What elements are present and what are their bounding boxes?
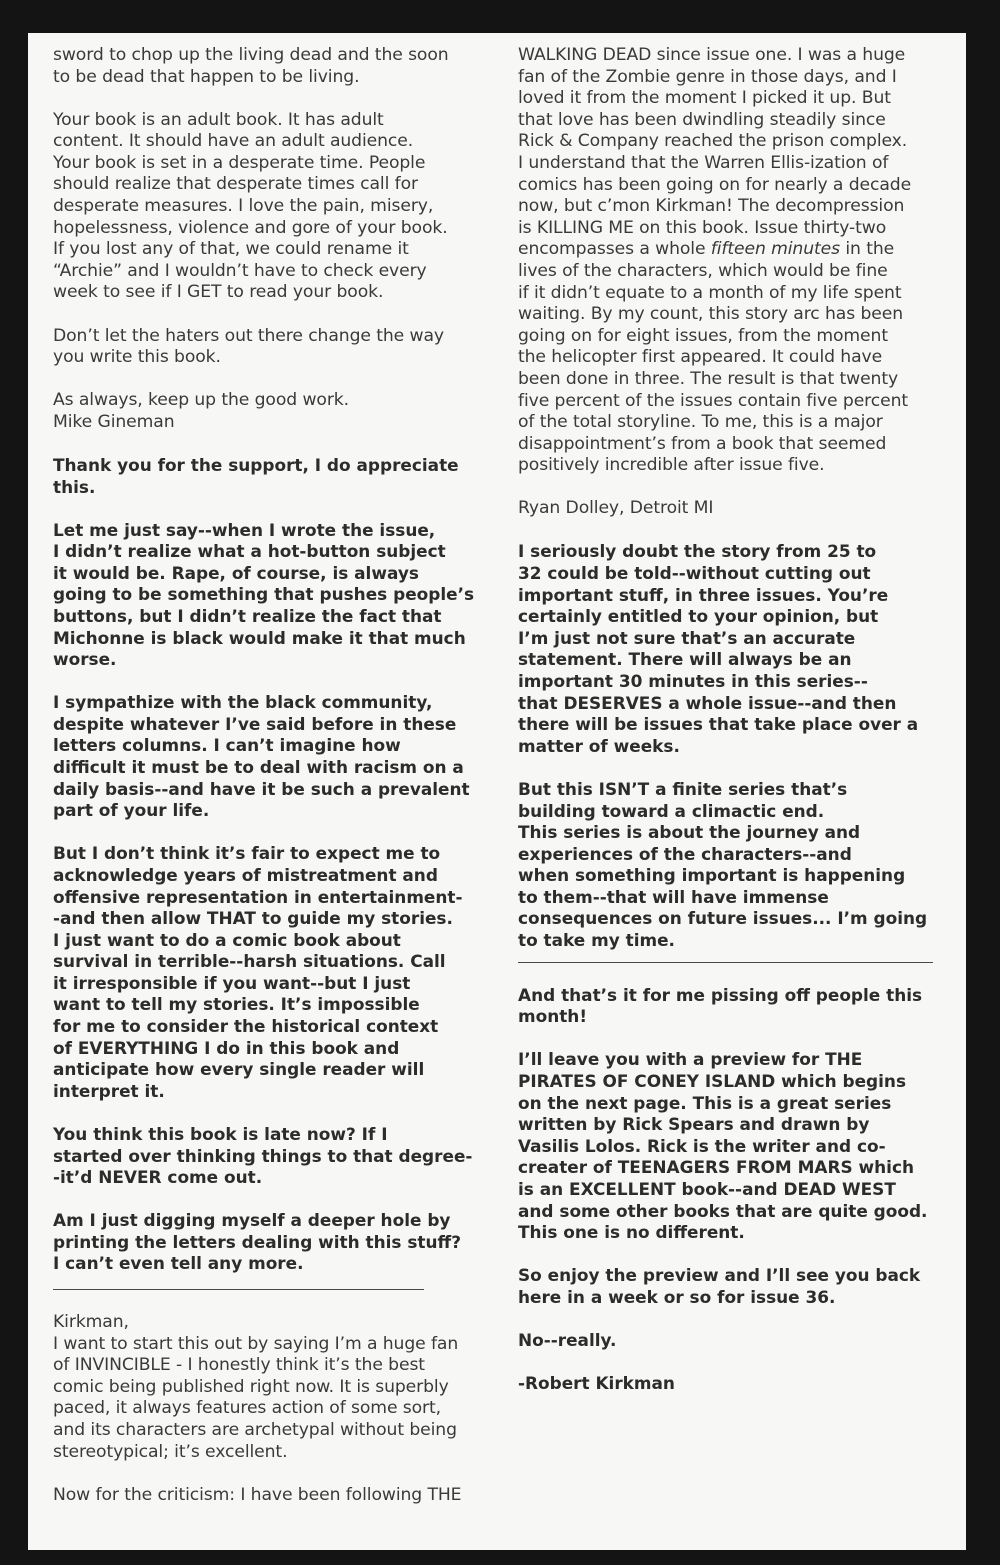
text-line: of the total storyline. To me, this is a… xyxy=(518,412,948,434)
text-line: been done in three. The result is that t… xyxy=(518,369,948,391)
text-line: printing the letters dealing with this s… xyxy=(53,1232,503,1254)
text-line: Your book is an adult book. It has adult xyxy=(53,110,503,132)
text-line: As always, keep up the good work. xyxy=(53,390,503,412)
text-line: started over thinking things to that deg… xyxy=(53,1146,503,1168)
text-line: Thank you for the support, I do apprecia… xyxy=(53,455,503,477)
text-line: five percent of the issues contain five … xyxy=(518,391,948,413)
text-line: disappointment’s from a book that seemed xyxy=(518,434,948,456)
text-line: statement. There will always be an xyxy=(518,649,948,671)
text-line: waiting. By my count, this story arc has… xyxy=(518,304,948,326)
text-line: Vasilis Lolos. Rick is the writer and co… xyxy=(518,1136,948,1158)
text-line: is an EXCELLENT book--and DEAD WEST xyxy=(518,1179,948,1201)
letter-paragraph: sword to chop up the living dead and the… xyxy=(53,45,503,88)
text-line: part of your life. xyxy=(53,800,503,822)
text-line: Don’t let the haters out there change th… xyxy=(53,326,503,348)
text-line: If you lost any of that, we could rename… xyxy=(53,239,503,261)
text-line: on the next page. This is a great series xyxy=(518,1093,948,1115)
editor-response: Thank you for the support, I do apprecia… xyxy=(53,455,503,498)
text-line: to them--that will have immense xyxy=(518,887,948,909)
author-signature: -Robert Kirkman xyxy=(518,1373,948,1395)
text-line: “Archie” and I wouldn’t have to check ev… xyxy=(53,261,503,283)
text-line: anticipate how every single reader will xyxy=(53,1059,503,1081)
text-line: letters columns. I can’t imagine how xyxy=(53,735,503,757)
text-line: encompasses a whole fifteen minutes in t… xyxy=(518,239,948,261)
text-line: I didn’t realize what a hot-button subje… xyxy=(53,541,503,563)
section-divider xyxy=(518,962,933,963)
letter-paragraph: Don’t let the haters out there change th… xyxy=(53,326,503,369)
editor-closing: I’ll leave you with a preview for THE PI… xyxy=(518,1049,948,1243)
text-line: creater of TEENAGERS FROM MARS which xyxy=(518,1157,948,1179)
editor-signature: -Robert Kirkman xyxy=(518,1373,948,1395)
text-line: I seriously doubt the story from 25 to xyxy=(518,541,948,563)
text-line: I’m just not sure that’s an accurate xyxy=(518,628,948,650)
text-line: now, but c’mon Kirkman! The decompressio… xyxy=(518,196,948,218)
text-line: when something important is happening xyxy=(518,865,948,887)
text-line: you write this book. xyxy=(53,347,503,369)
text-line: and some other books that are quite good… xyxy=(518,1201,948,1223)
text-line: I sympathize with the black community, xyxy=(53,692,503,714)
text-line: consequences on future issues... I’m goi… xyxy=(518,908,948,930)
text-line: important 30 minutes in this series-- xyxy=(518,671,948,693)
text-line: content. It should have an adult audienc… xyxy=(53,131,503,153)
text-line: is KILLING ME on this book. Issue thirty… xyxy=(518,218,948,240)
text-line: PIRATES OF CONEY ISLAND which begins xyxy=(518,1071,948,1093)
text-line: This one is no different. xyxy=(518,1222,948,1244)
text-line: I can’t even tell any more. xyxy=(53,1253,503,1275)
text-line: of EVERYTHING I do in this book and xyxy=(53,1038,503,1060)
text-line: I want to start this out by saying I’m a… xyxy=(53,1334,503,1356)
section-divider xyxy=(53,1289,424,1290)
editor-closing: No--really. xyxy=(518,1330,948,1352)
editor-response: I seriously doubt the story from 25 to 3… xyxy=(518,541,948,757)
text-line: to take my time. xyxy=(518,930,948,952)
editor-response: I sympathize with the black community, d… xyxy=(53,692,503,822)
text-line: sword to chop up the living dead and the… xyxy=(53,45,503,67)
editor-response: Am I just digging myself a deeper hole b… xyxy=(53,1210,503,1275)
text-line: despite whatever I’ve said before in the… xyxy=(53,714,503,736)
text-line: fan of the Zombie genre in those days, a… xyxy=(518,67,948,89)
text-line: going on for eight issues, from the mome… xyxy=(518,326,948,348)
editor-response: You think this book is late now? If I st… xyxy=(53,1124,503,1189)
text-line: Now for the criticism: I have been follo… xyxy=(53,1485,503,1507)
text-line: it irresponsible if you want--but I just xyxy=(53,973,503,995)
text-line: Rick & Company reached the prison comple… xyxy=(518,131,948,153)
text-line: desperate measures. I love the pain, mis… xyxy=(53,196,503,218)
text-line: this. xyxy=(53,477,503,499)
text-line: -and then allow THAT to guide my stories… xyxy=(53,908,503,930)
left-column: sword to chop up the living dead and the… xyxy=(53,45,503,1528)
text-line: to be dead that happen to be living. xyxy=(53,67,503,89)
text-line: of INVINCIBLE - I honestly think it’s th… xyxy=(53,1355,503,1377)
emphasis-text: fifteen minutes xyxy=(711,239,840,259)
text-line: and its characters are archetypal withou… xyxy=(53,1420,503,1442)
letters-page: sword to chop up the living dead and the… xyxy=(28,33,966,1550)
text-line: written by Rick Spears and drawn by xyxy=(518,1114,948,1136)
text-line: I just want to do a comic book about xyxy=(53,930,503,952)
text-line: I understand that the Warren Ellis-izati… xyxy=(518,153,948,175)
text-line: Let me just say--when I wrote the issue, xyxy=(53,520,503,542)
editor-response: Let me just say--when I wrote the issue,… xyxy=(53,520,503,671)
right-column: WALKING DEAD since issue one. I was a hu… xyxy=(518,45,948,1416)
text-line: I’ll leave you with a preview for THE xyxy=(518,1049,948,1071)
text-line: But this ISN’T a finite series that’s xyxy=(518,779,948,801)
text-line: certainly entitled to your opinion, but xyxy=(518,606,948,628)
text-line: So enjoy the preview and I’ll see you ba… xyxy=(518,1265,948,1287)
editor-response: But I don’t think it’s fair to expect me… xyxy=(53,843,503,1102)
text-line: for me to consider the historical contex… xyxy=(53,1016,503,1038)
text-line: building toward a climactic end. xyxy=(518,801,948,823)
text-line: going to be something that pushes people… xyxy=(53,584,503,606)
text-line: should realize that desperate times call… xyxy=(53,174,503,196)
text-line: interpret it. xyxy=(53,1081,503,1103)
text-line: that DESERVES a whole issue--and then xyxy=(518,693,948,715)
text-line: -it’d NEVER come out. xyxy=(53,1167,503,1189)
letter-signoff: As always, keep up the good work. Mike G… xyxy=(53,390,503,433)
text-line: loved it from the moment I picked it up.… xyxy=(518,88,948,110)
text-line: comic being published right now. It is s… xyxy=(53,1377,503,1399)
text-line: Your book is set in a desperate time. Pe… xyxy=(53,153,503,175)
text-fragment: encompasses a whole xyxy=(518,239,711,259)
text-line: Michonne is black would make it that muc… xyxy=(53,628,503,650)
text-line: matter of weeks. xyxy=(518,736,948,758)
text-line: that love has been dwindling steadily si… xyxy=(518,110,948,132)
letter-signature: Mike Gineman xyxy=(53,412,503,434)
text-line: hopelessness, violence and gore of your … xyxy=(53,218,503,240)
editor-response: But this ISN’T a finite series that’s bu… xyxy=(518,779,948,952)
text-fragment: in the xyxy=(840,239,894,259)
text-line: there will be issues that take place ove… xyxy=(518,714,948,736)
text-line: month! xyxy=(518,1006,948,1028)
text-line: experiences of the characters--and xyxy=(518,844,948,866)
text-line: offensive representation in entertainmen… xyxy=(53,887,503,909)
letter-paragraph: WALKING DEAD since issue one. I was a hu… xyxy=(518,45,948,477)
text-line: acknowledge years of mistreatment and xyxy=(53,865,503,887)
text-line: want to tell my stories. It’s impossible xyxy=(53,994,503,1016)
editor-closing: And that’s it for me pissing off people … xyxy=(518,985,948,1028)
text-line: paced, it always features action of some… xyxy=(53,1398,503,1420)
letter-signature: Ryan Dolley, Detroit MI xyxy=(518,498,948,520)
text-line: WALKING DEAD since issue one. I was a hu… xyxy=(518,45,948,67)
text-line: You think this book is late now? If I xyxy=(53,1124,503,1146)
letter-paragraph: Your book is an adult book. It has adult… xyxy=(53,110,503,304)
text-line: positively incredible after issue five. xyxy=(518,455,948,477)
text-line: it would be. Rape, of course, is always xyxy=(53,563,503,585)
text-line: And that’s it for me pissing off people … xyxy=(518,985,948,1007)
text-line: survival in terrible--harsh situations. … xyxy=(53,951,503,973)
text-line: lives of the characters, which would be … xyxy=(518,261,948,283)
text-line: 32 could be told--without cutting out xyxy=(518,563,948,585)
text-line: if it didn’t equate to a month of my lif… xyxy=(518,283,948,305)
editor-closing: So enjoy the preview and I’ll see you ba… xyxy=(518,1265,948,1308)
text-line: difficult it must be to deal with racism… xyxy=(53,757,503,779)
text-line: the helicopter first appeared. It could … xyxy=(518,347,948,369)
text-line: But I don’t think it’s fair to expect me… xyxy=(53,843,503,865)
text-line: stereotypical; it’s excellent. xyxy=(53,1442,503,1464)
letter-signoff: Ryan Dolley, Detroit MI xyxy=(518,498,948,520)
text-line: buttons, but I didn’t realize the fact t… xyxy=(53,606,503,628)
letter-salutation: Kirkman, xyxy=(53,1312,503,1334)
letter-paragraph: Kirkman, I want to start this out by say… xyxy=(53,1312,503,1463)
text-line: daily basis--and have it be such a preva… xyxy=(53,779,503,801)
text-line: week to see if I GET to read your book. xyxy=(53,282,503,304)
text-line: comics has been going on for nearly a de… xyxy=(518,175,948,197)
text-line: here in a week or so for issue 36. xyxy=(518,1287,948,1309)
text-line: important stuff, in three issues. You’re xyxy=(518,585,948,607)
text-line: This series is about the journey and xyxy=(518,822,948,844)
text-line: Am I just digging myself a deeper hole b… xyxy=(53,1210,503,1232)
letter-paragraph: Now for the criticism: I have been follo… xyxy=(53,1485,503,1507)
text-line: worse. xyxy=(53,649,503,671)
text-line: No--really. xyxy=(518,1330,948,1352)
